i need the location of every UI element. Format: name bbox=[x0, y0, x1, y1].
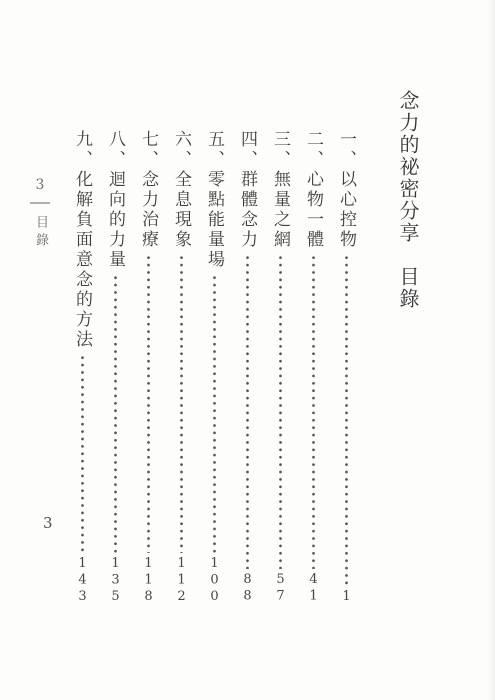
toc-entry-label: 五、零點能量場 bbox=[204, 130, 224, 270]
toc-entry-5[interactable]: 五、零點能量場 100 bbox=[204, 130, 224, 605]
toc-entry-page-number: 118 bbox=[141, 556, 155, 606]
dot-leader bbox=[138, 254, 158, 553]
toc-entry-page-number: 57 bbox=[273, 572, 287, 605]
table-of-contents: 念力的祕密分享 目錄 一、以心控物 1 二、心物一體 41 三、無量之網 57 … bbox=[59, 0, 420, 700]
toc-entry-9[interactable]: 九、化解負面意念的方法 143 bbox=[72, 130, 92, 605]
dot-leader bbox=[303, 254, 323, 569]
toc-entry-8[interactable]: 八、迴向的力量 135 bbox=[105, 130, 125, 605]
dot-leader bbox=[270, 254, 290, 569]
toc-entry-page-number: 143 bbox=[75, 556, 89, 606]
toc-entry-label: 一、以心控物 bbox=[336, 130, 356, 250]
toc-entry-label: 六、全息現象 bbox=[171, 130, 191, 250]
toc-entry-page-number: 112 bbox=[174, 556, 188, 606]
toc-entry-list: 一、以心控物 1 二、心物一體 41 三、無量之網 57 四、群體念力 88 五… bbox=[72, 90, 356, 700]
book-toc-page: 念力的祕密分享 目錄 一、以心控物 1 二、心物一體 41 三、無量之網 57 … bbox=[0, 0, 495, 700]
scan-edge-shadow bbox=[488, 0, 495, 700]
toc-entry-page-number: 1 bbox=[339, 589, 353, 606]
toc-entry-label: 二、心物一體 bbox=[303, 130, 323, 250]
toc-entry-4[interactable]: 四、群體念力 88 bbox=[237, 130, 257, 605]
dot-leader bbox=[237, 254, 257, 569]
dot-leader bbox=[336, 254, 356, 586]
margin-page-number: 3 bbox=[28, 177, 52, 193]
dot-leader bbox=[105, 274, 125, 553]
toc-entry-1[interactable]: 一、以心控物 1 bbox=[336, 130, 356, 605]
toc-entry-label: 四、群體念力 bbox=[237, 130, 257, 250]
toc-entry-page-number: 88 bbox=[240, 572, 254, 605]
marker-rule-divider bbox=[30, 202, 50, 204]
toc-entry-7[interactable]: 七、念力治療 118 bbox=[138, 130, 158, 605]
toc-entry-page-number: 135 bbox=[108, 556, 122, 606]
footer-page-number: 3 bbox=[43, 514, 53, 532]
margin-section-label: 目錄 bbox=[33, 215, 47, 251]
toc-entry-label: 三、無量之網 bbox=[270, 130, 290, 250]
toc-entry-3[interactable]: 三、無量之網 57 bbox=[270, 130, 290, 605]
toc-entry-2[interactable]: 二、心物一體 41 bbox=[303, 130, 323, 605]
toc-entry-label: 七、念力治療 bbox=[138, 130, 158, 250]
dot-leader bbox=[171, 254, 191, 553]
toc-entry-label: 八、迴向的力量 bbox=[105, 130, 125, 270]
toc-entry-page-number: 100 bbox=[207, 556, 221, 606]
dot-leader bbox=[204, 274, 224, 553]
page-title: 念力的祕密分享 目錄 bbox=[396, 90, 420, 700]
margin-marker: 3 目錄 bbox=[28, 177, 52, 255]
dot-leader bbox=[72, 354, 92, 553]
toc-entry-page-number: 41 bbox=[306, 572, 320, 605]
toc-entry-6[interactable]: 六、全息現象 112 bbox=[171, 130, 191, 605]
toc-entry-label: 九、化解負面意念的方法 bbox=[72, 130, 92, 350]
